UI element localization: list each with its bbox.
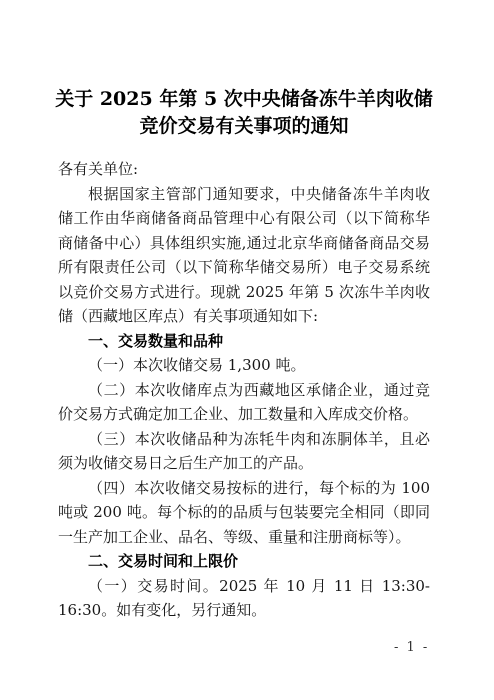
section2-item-1: （一）交易时间。2025 年 10 月 11 日 13:30-16:30。如有变… xyxy=(58,574,430,623)
intro-paragraph: 根据国家主管部门通知要求，中央储备冻牛羊肉收储工作由华商储备商品管理中心有限公司… xyxy=(58,182,430,329)
section2-heading: 二、交易时间和上限价 xyxy=(58,549,430,574)
section1-item-4: （四）本次收储交易按标的进行，每个标的为 100 吨或 200 吨。每个标的的品… xyxy=(58,476,430,550)
document-page: 关于 2025 年第 5 次中央储备冻牛羊肉收储竞价交易有关事项的通知 各有关单… xyxy=(0,0,494,700)
document-content: 关于 2025 年第 5 次中央储备冻牛羊肉收储竞价交易有关事项的通知 各有关单… xyxy=(58,0,430,623)
section1-item-3: （三）本次收储品种为冻牦牛肉和冻胴体羊，且必须为收储交易日之后生产加工的产品。 xyxy=(58,427,430,476)
section1-heading: 一、交易数量和品种 xyxy=(58,329,430,354)
section1-item-1: （一）本次收储交易 1,300 吨。 xyxy=(58,353,430,378)
document-body: 各有关单位: 根据国家主管部门通知要求，中央储备冻牛羊肉收储工作由华商储备商品管… xyxy=(58,157,430,623)
salutation: 各有关单位: xyxy=(58,157,430,182)
page-number: - 1 - xyxy=(394,640,429,655)
document-title: 关于 2025 年第 5 次中央储备冻牛羊肉收储竞价交易有关事项的通知 xyxy=(48,86,440,140)
section1-item-2: （二）本次收储库点为西藏地区承储企业，通过竞价交易方式确定加工企业、加工数量和入… xyxy=(58,378,430,427)
